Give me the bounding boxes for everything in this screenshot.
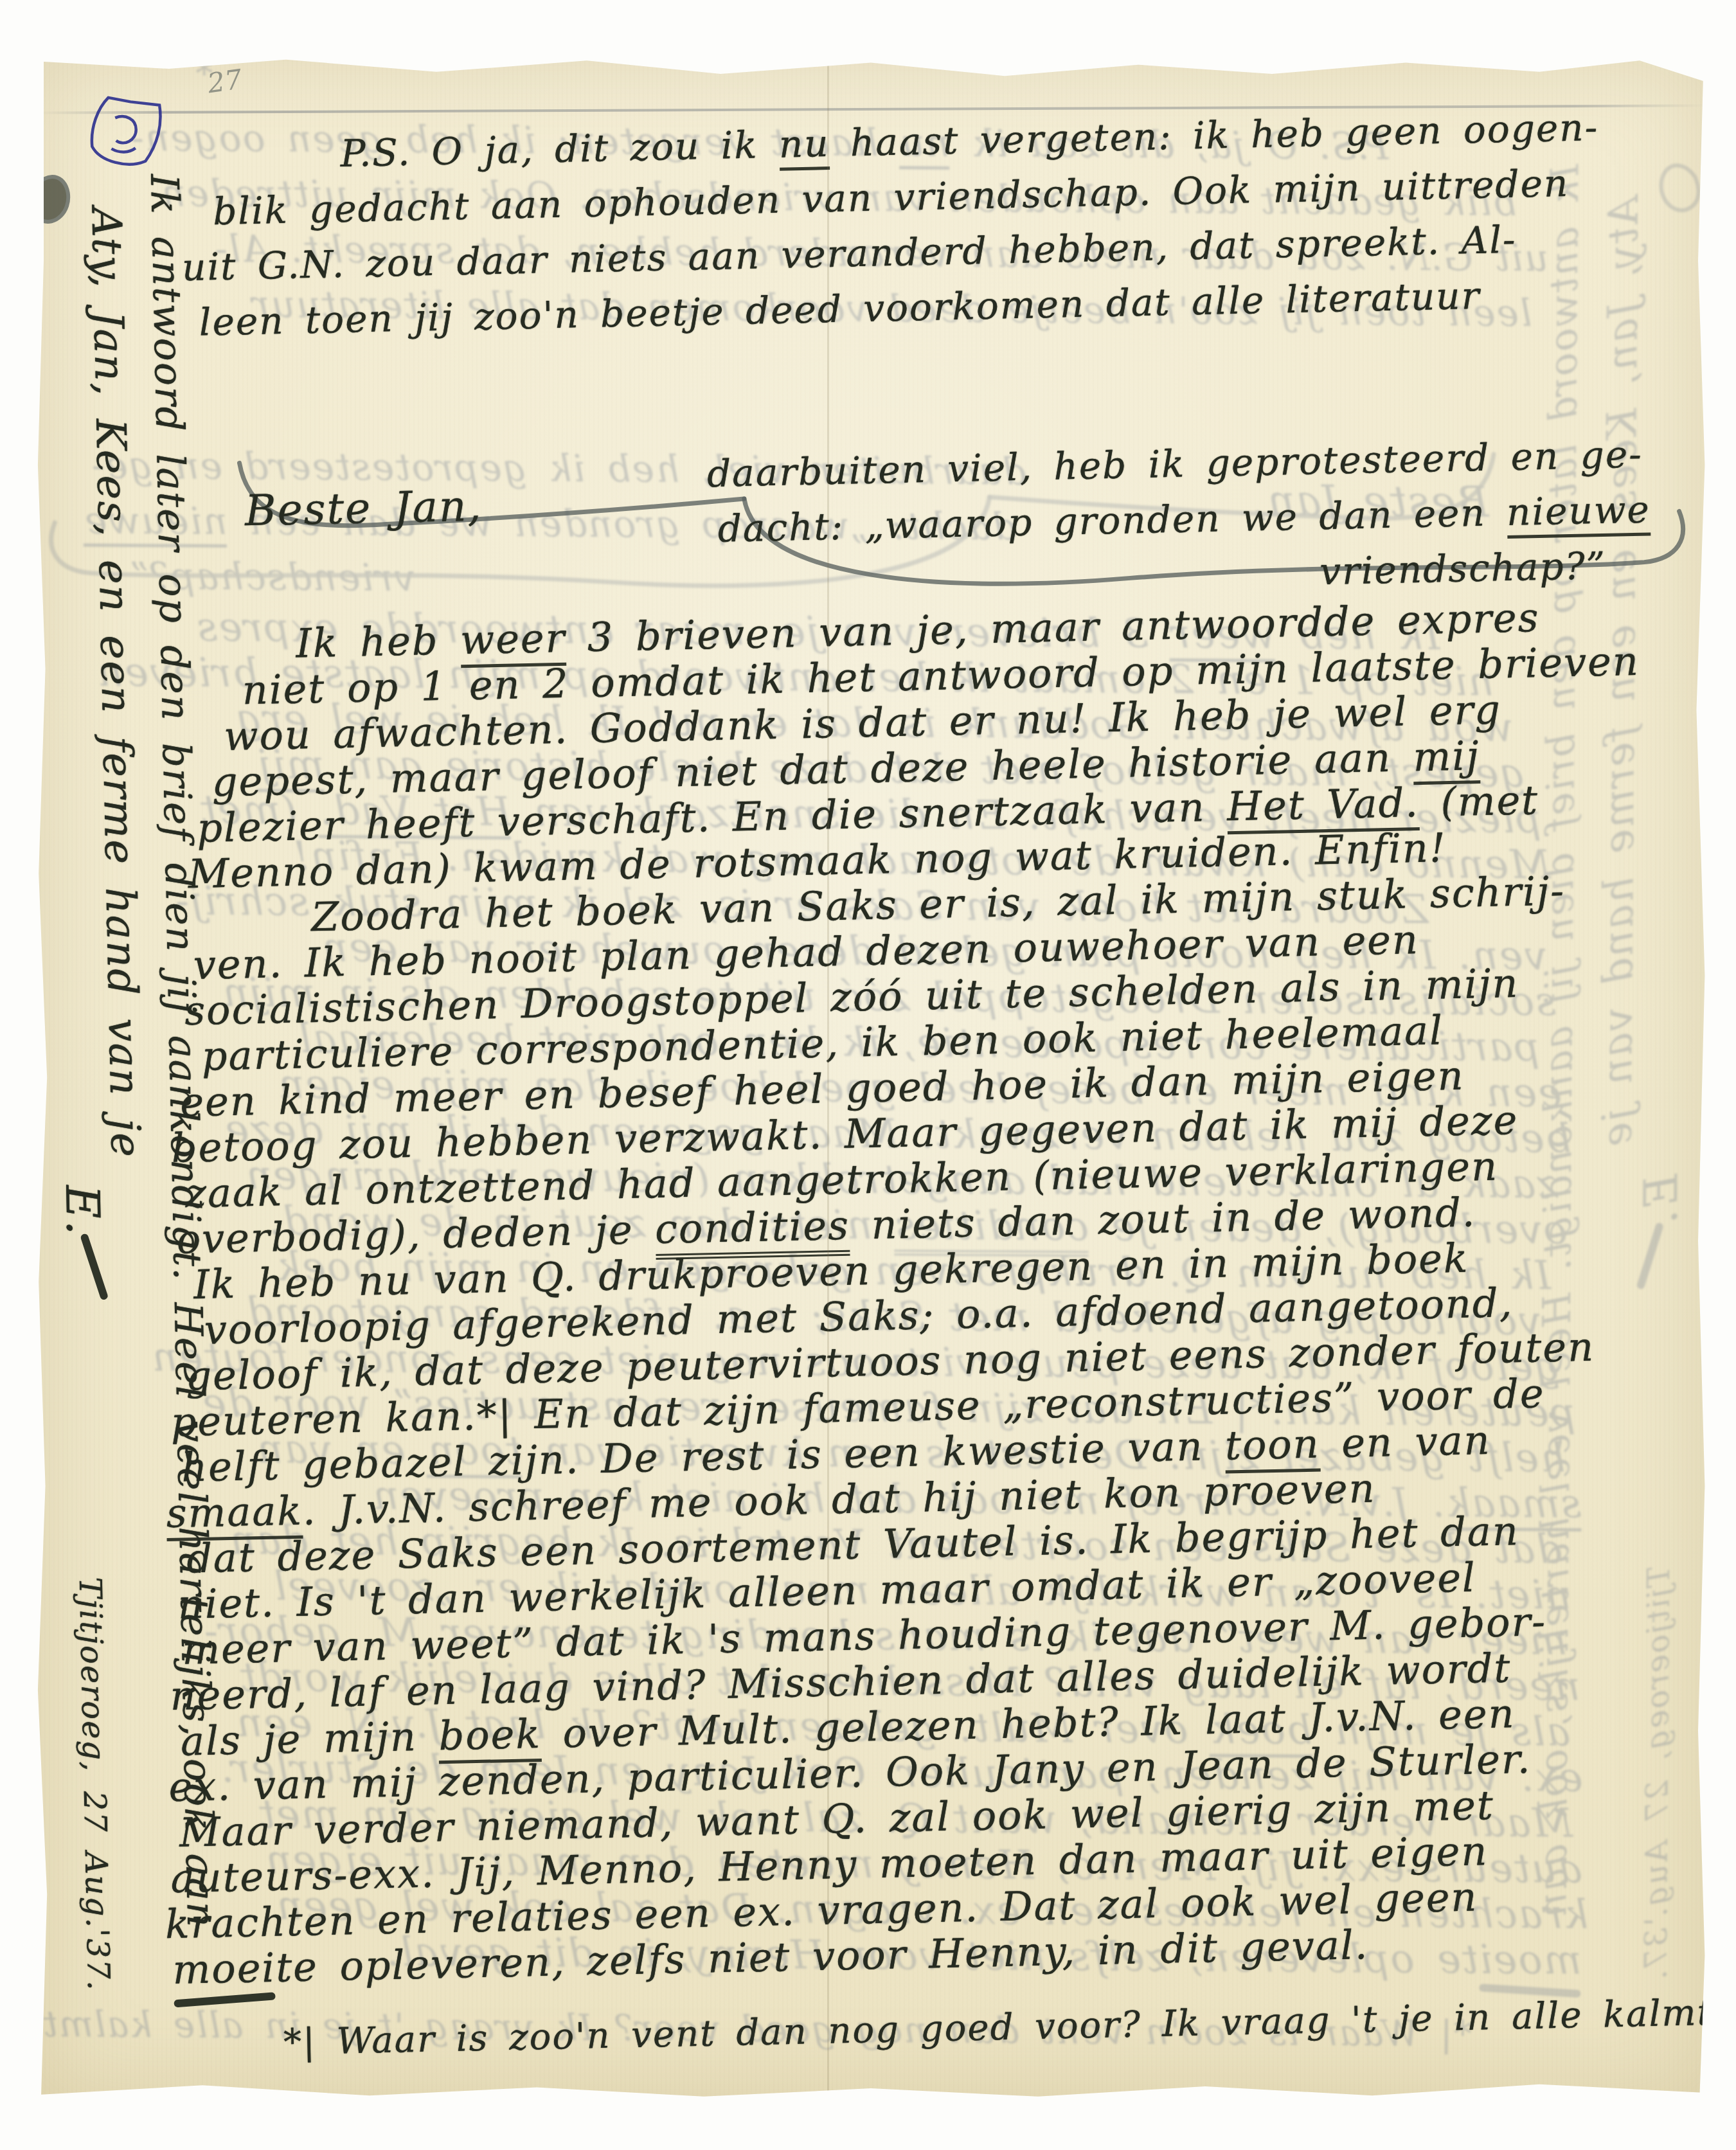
scan-background: { "letter": { "language": "Dutch", "page… xyxy=(0,0,1736,2150)
letter-paper-sheet: * P.S. O ja, dit zou ik nu haast vergete… xyxy=(35,57,1706,2099)
pencil-page-number: 27 xyxy=(206,64,244,100)
signature: E. xyxy=(64,1185,112,1294)
handwriting-layer: * P.S. O ja, dit zou ik nu haast vergete… xyxy=(14,39,1728,2116)
dateline: Tjitjoeroeg, 27 Aug.'37. xyxy=(63,1577,117,2014)
corner-asterisk: * xyxy=(1514,44,1534,85)
postscript-block: P.S. O ja, dit zou ik nu haast vergeten:… xyxy=(340,105,1652,625)
salutation: Beste Jan, xyxy=(244,481,483,535)
ink-blot xyxy=(30,176,69,222)
vertical-fold-line xyxy=(827,57,829,2099)
letter-body: Ik heb weer 3 brieven van je, maar antwo… xyxy=(183,592,1667,1991)
